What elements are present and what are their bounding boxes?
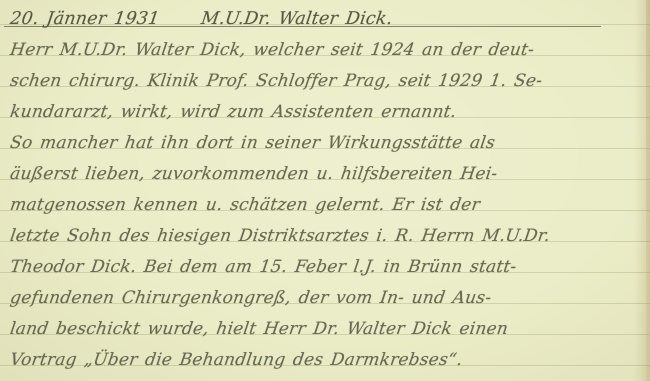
manuscript-line: schen chirurg. Klinik Prof. Schloffer Pr…	[8, 66, 650, 97]
manuscript-line: Vortrag „Über die Behandlung des Darmkre…	[8, 345, 650, 376]
manuscript-line: matgenossen kennen u. schätzen gelernt. …	[8, 190, 650, 221]
manuscript-text-block: 20. Jänner 1931 M.U.Dr. Walter Dick. Her…	[8, 4, 646, 376]
entry-heading: 20. Jänner 1931 M.U.Dr. Walter Dick.	[8, 4, 650, 35]
manuscript-line: So mancher hat ihn dort in seiner Wirkun…	[8, 128, 650, 159]
manuscript-page: 20. Jänner 1931 M.U.Dr. Walter Dick. Her…	[0, 0, 650, 381]
manuscript-line: kundararzt, wirkt, wird zum Assistenten …	[8, 97, 650, 128]
manuscript-line: Theodor Dick. Bei dem am 15. Feber l.J. …	[8, 252, 650, 283]
manuscript-line: land beschickt wurde, hielt Herr Dr. Wal…	[8, 314, 650, 345]
manuscript-line: letzte Sohn des hiesigen Distriktsarztes…	[8, 221, 650, 252]
entry-date: 20. Jänner 1931	[9, 9, 161, 29]
entry-title-name: M.U.Dr. Walter Dick.	[200, 9, 394, 29]
manuscript-line: Herr M.U.Dr. Walter Dick, welcher seit 1…	[8, 35, 650, 66]
manuscript-line: gefundenen Chirurgenkongreß, der vom In-…	[8, 283, 650, 314]
manuscript-line: äußerst lieben, zuvorkommenden u. hilfsb…	[8, 159, 650, 190]
